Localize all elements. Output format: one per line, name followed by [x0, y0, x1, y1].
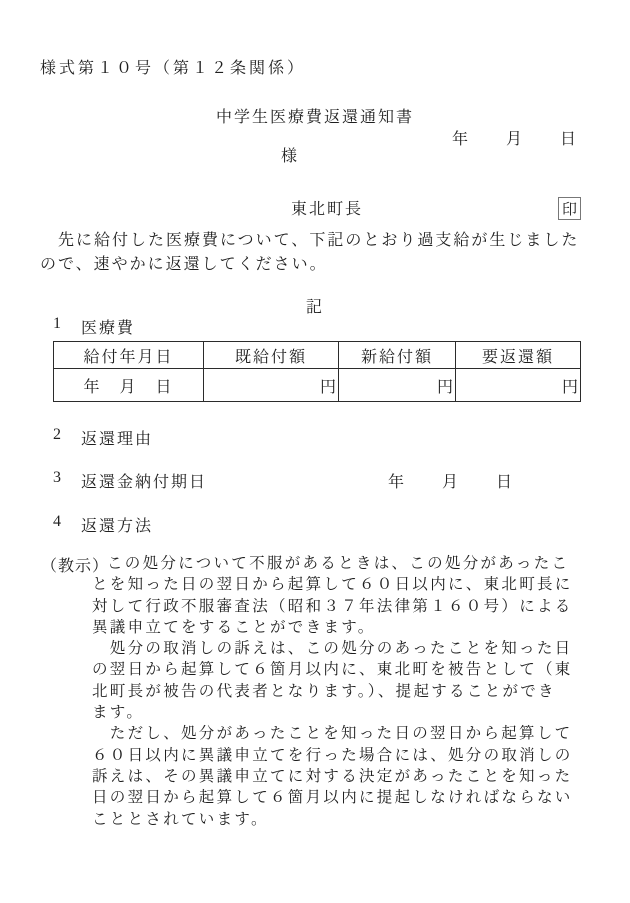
- instruction-line: ６０日以内に異議申立てを行った場合には、処分の取消しの: [92, 745, 573, 766]
- section-3-number: 3: [53, 469, 61, 487]
- instruction-line: 日の翌日から起算して６箇月以内に提起しなければならない: [92, 787, 573, 808]
- body-line: ので、速やかに返還してください。: [40, 253, 579, 277]
- section-2-label: 返還理由: [81, 426, 153, 449]
- instruction-line: ます。: [92, 702, 573, 723]
- addressee-honorific: 様: [281, 146, 299, 168]
- form-number: 様式第１０号（第１２条関係）: [40, 58, 306, 80]
- column-header-new-amount: 新給付額: [339, 342, 456, 369]
- instruction-line: の翌日から起算して６箇月以内に、東北町を被告として（東: [92, 659, 573, 680]
- table-header-row: 給付年月日 既給付額 新給付額 要返還額: [54, 342, 581, 369]
- section-1-number: 1: [53, 315, 61, 333]
- instruction-line: 対して行政不服審査法（昭和３７年法律第１６０号）による: [92, 596, 573, 617]
- issue-date-blank: 年 月 日: [452, 129, 578, 151]
- section-3-label: 返還金納付期日: [81, 469, 207, 492]
- instruction-line: 処分の取消しの訴えは、この処分のあったことを知った日: [92, 638, 573, 659]
- cell-new-amount: 円: [339, 369, 456, 402]
- section-2-number: 2: [53, 426, 61, 444]
- section-3-date-blank: 年 月 日: [388, 469, 514, 492]
- notice-document-page: 様式第１０号（第１２条関係） 中学生医療費返還通知書 年 月 日 様 東北町長 …: [0, 0, 630, 903]
- section-4-number: 4: [53, 513, 61, 531]
- seal-mark: 印: [558, 197, 581, 220]
- body-line: 先に給付した医療費について、下記のとおり過支給が生じました: [40, 229, 579, 253]
- instruction-line: こととされています。: [92, 809, 573, 830]
- section-4-label: 返還方法: [81, 513, 153, 536]
- instruction-line: 訴えは、その異議申立てに対する決定があったことを知った: [92, 766, 573, 787]
- instruction-line: この処分について不服があるときは、この処分があったこ: [92, 553, 573, 574]
- document-title: 中学生医療費返還通知書: [0, 107, 630, 129]
- instruction-line: ただし、処分があったことを知った日の翌日から起算して: [92, 723, 573, 744]
- column-header-paid-amount: 既給付額: [204, 342, 339, 369]
- cell-grant-date: 年 月 日: [54, 369, 204, 402]
- instruction-text: この処分について不服があるときは、この処分があったこ とを知った日の翌日から起算…: [92, 553, 573, 830]
- section-1-label: 医療費: [81, 315, 135, 338]
- instruction-line: とを知った日の翌日から起算して６０日以内に、東北町長に: [92, 574, 573, 595]
- column-header-grant-date: 給付年月日: [54, 342, 204, 369]
- cell-paid-amount: 円: [204, 369, 339, 402]
- instruction-line: 北町長が被告の代表者となります。）、提起することができ: [92, 681, 573, 702]
- issuer-name: 東北町長: [291, 199, 363, 221]
- body-paragraph: 先に給付した医療費について、下記のとおり過支給が生じました ので、速やかに返還し…: [40, 229, 579, 277]
- column-header-refund-amount: 要返還額: [456, 342, 581, 369]
- medical-fee-table: 給付年月日 既給付額 新給付額 要返還額 年 月 日 円 円 円: [53, 341, 581, 402]
- seal-character: 印: [562, 198, 577, 219]
- cell-refund-amount: 円: [456, 369, 581, 402]
- instruction-line: 異議申立てをすることができます。: [92, 617, 573, 638]
- table-row: 年 月 日 円 円 円: [54, 369, 581, 402]
